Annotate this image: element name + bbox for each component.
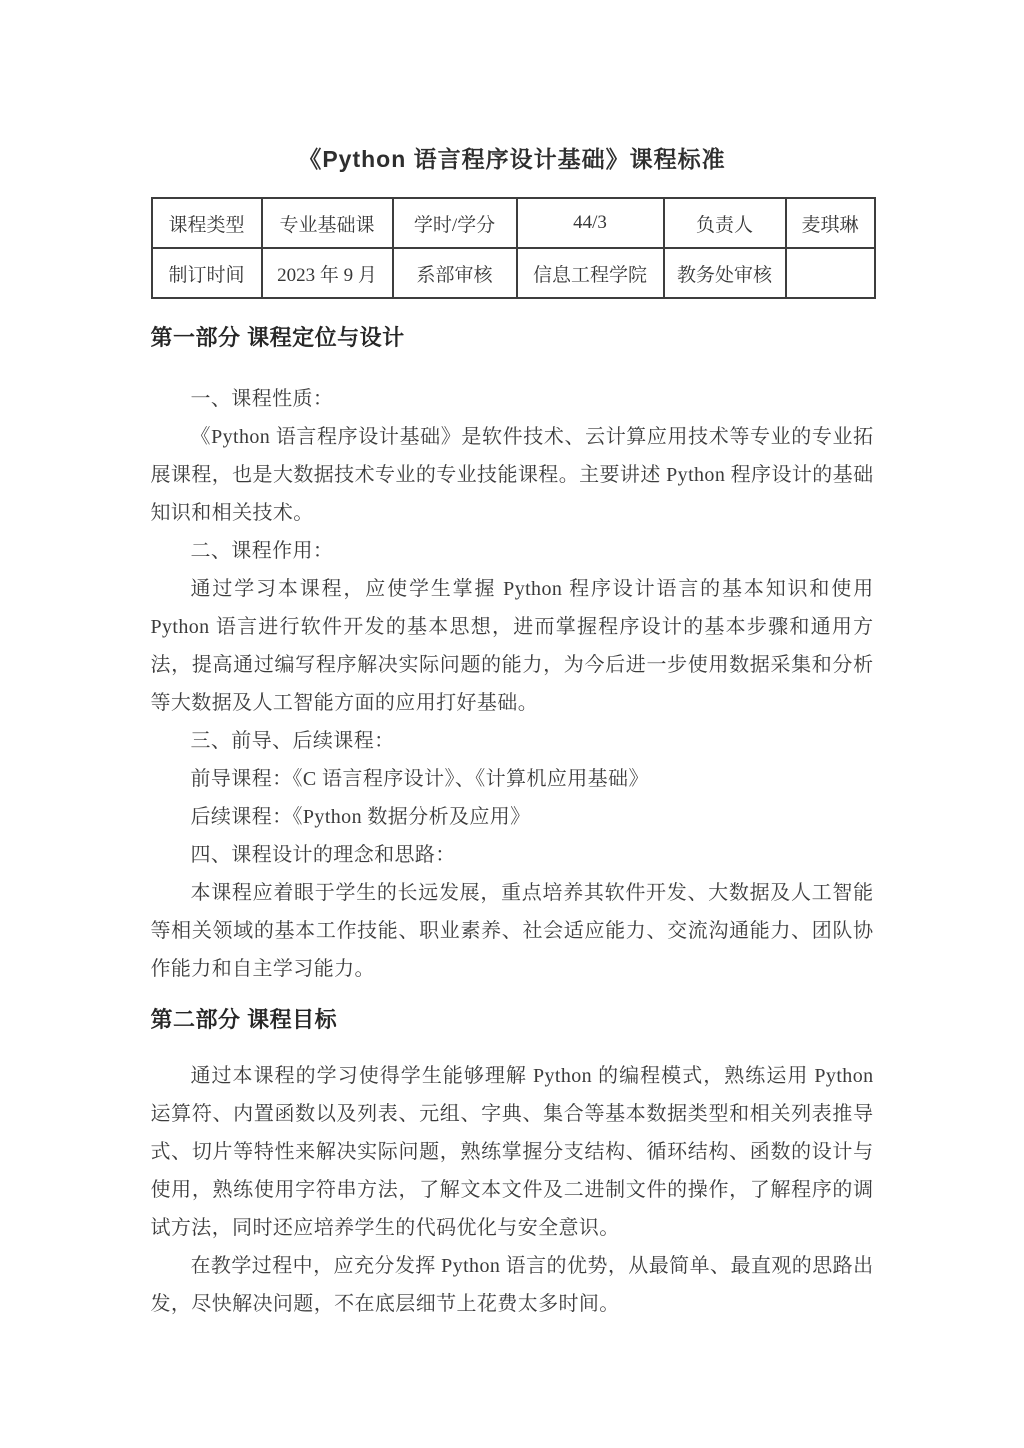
paragraph-course-objectives-body: 通过本课程的学习使得学生能够理解 Python 的编程模式，熟练运用 Pytho…	[151, 1057, 874, 1247]
info-table-row-2: 制订时间 2023 年 9 月 系部审核 信息工程学院 教务处审核	[152, 248, 875, 298]
section-1-heading: 第一部分 课程定位与设计	[151, 325, 874, 351]
cell-dept-review-value: 信息工程学院	[517, 248, 664, 298]
paragraph-course-nature-body: 《Python 语言程序设计基础》是软件技术、云计算应用技术等专业的专业拓展课程…	[151, 418, 874, 532]
cell-dept-review-label: 系部审核	[393, 248, 517, 298]
paragraph-related-courses-label: 三、前导、后续课程：	[151, 722, 874, 760]
paragraph-design-philosophy-body: 本课程应着眼于学生的长远发展，重点培养其软件开发、大数据及人工智能等相关领域的基…	[151, 874, 874, 988]
paragraph-course-nature-label: 一、课程性质：	[151, 380, 874, 418]
paragraph-preceding-courses: 前导课程：《C 语言程序设计》、《计算机应用基础》	[151, 760, 874, 798]
course-info-table: 课程类型 专业基础课 学时/学分 44/3 负责人 麦琪琳 制订时间 2023 …	[151, 197, 876, 299]
paragraph-course-role-body: 通过学习本课程，应使学生掌握 Python 程序设计语言的基本知识和使用 Pyt…	[151, 570, 874, 722]
paragraph-following-courses: 后续课程：《Python 数据分析及应用》	[151, 798, 874, 836]
cell-course-type-value: 专业基础课	[262, 198, 393, 248]
paragraph-course-role-label: 二、课程作用：	[151, 532, 874, 570]
document-page: 《Python 语言程序设计基础》课程标准 课程类型 专业基础课 学时/学分 4…	[151, 0, 874, 1323]
cell-hours-credits-label: 学时/学分	[393, 198, 517, 248]
cell-academic-office-review-value	[786, 248, 875, 298]
cell-formulation-date-value: 2023 年 9 月	[262, 248, 393, 298]
cell-academic-office-review-label: 教务处审核	[664, 248, 786, 298]
info-table-row-1: 课程类型 专业基础课 学时/学分 44/3 负责人 麦琪琳	[152, 198, 875, 248]
document-title: 《Python 语言程序设计基础》课程标准	[151, 143, 874, 175]
paragraph-teaching-approach-body: 在教学过程中，应充分发挥 Python 语言的优势，从最简单、最直观的思路出发，…	[151, 1247, 874, 1323]
cell-formulation-date-label: 制订时间	[152, 248, 262, 298]
paragraph-design-philosophy-label: 四、课程设计的理念和思路：	[151, 836, 874, 874]
cell-hours-credits-value: 44/3	[517, 198, 664, 248]
cell-course-type-label: 课程类型	[152, 198, 262, 248]
cell-person-in-charge-label: 负责人	[664, 198, 786, 248]
cell-person-in-charge-value: 麦琪琳	[786, 198, 875, 248]
section-2-heading: 第二部分 课程目标	[151, 1007, 874, 1033]
